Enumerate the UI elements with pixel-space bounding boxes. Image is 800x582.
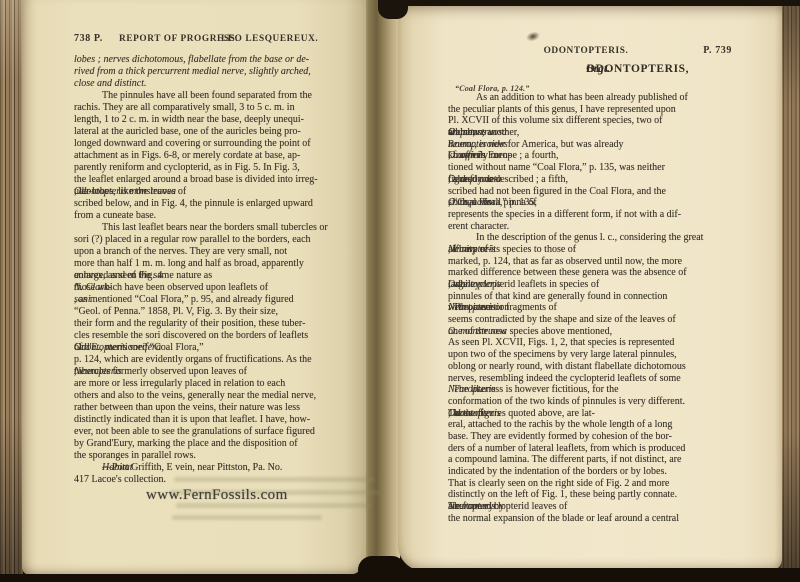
book-left-edge <box>0 0 23 582</box>
bottom-shadow-right <box>366 568 800 582</box>
gutter-top-shadow <box>378 0 408 19</box>
text-line: seems contradicted by the shape and size… <box>448 314 724 326</box>
text-line: ular lobes, like the leaves of Odontopte… <box>74 186 347 198</box>
text-line: by Grand'Eury, marking the place and the… <box>74 438 347 450</box>
text-line: convex, as seen Fig. 4a enlarged and of … <box>74 270 347 282</box>
text-line: the peculiar plants of this genus, I hav… <box>448 104 724 116</box>
text-line: Neuropteris. The likeness is however fic… <box>448 384 724 396</box>
text-line: soni, as mentioned “Coal Flora,” p. 95, … <box>74 294 347 306</box>
text-line: As an addition to what has been already … <box>448 92 724 104</box>
text-line: eral, attached to the rachis by the whol… <box>448 419 724 431</box>
text-line: a compound lamina. The different parts, … <box>448 454 724 466</box>
text-line: ever, not been able to see the granulati… <box>74 426 347 438</box>
book-right-edge <box>779 0 800 582</box>
text-line: That is clearly seen on the right side o… <box>448 478 724 490</box>
text-line: close and distinct. <box>74 78 347 90</box>
text-line: As seen Pl. XCVII, Figs. 1, 2, that spec… <box>448 337 724 349</box>
text-line: upon two of the specimens by very large … <box>448 349 724 361</box>
text-line: upon a branch of the nerves. They are ve… <box>74 246 347 258</box>
text-line: base. They are evidently formed by cohes… <box>448 431 724 443</box>
running-author: LEO LESQUEREUX. <box>221 34 318 44</box>
text-line: The pinnules have all been found separat… <box>74 90 347 102</box>
text-line: the normal expansion of the blade or lea… <box>448 513 724 525</box>
text-line: scribed below, and in Fig. 4, the pinnul… <box>74 198 347 210</box>
text-line: rather between than upon the veins, thei… <box>74 402 347 414</box>
text-line: length, 1 to 2 c. m. in width near the b… <box>74 114 347 126</box>
text-line: oblong or nearly round, with distant fla… <box>448 361 724 373</box>
text-line: represents the species in a different fo… <box>448 209 724 221</box>
text-line: Those of Odontopteris, in the figures qu… <box>448 408 724 420</box>
text-line: the leaflet enlarged around a broad base… <box>74 174 347 186</box>
text-line: pinnules of that kind are generally foun… <box>448 291 724 303</box>
genus-author: Brgt. <box>586 63 610 75</box>
text-line: sori (?) placed in a regular row paralle… <box>74 234 347 246</box>
page-left: 738 P. REPORT OF PROGRESS. LEO LESQUEREU… <box>22 0 366 575</box>
text-line: “Geol. of Penna.” 1858, Pl. V, Fig. 3. B… <box>74 306 347 318</box>
text-line: conformation of the two kinds of pinnule… <box>448 396 724 408</box>
running-head-left: 738 P. REPORT OF PROGRESS. LEO LESQUEREU… <box>74 33 354 46</box>
text-line: ders of a number of lateral leaflets, fr… <box>448 443 724 455</box>
text-line: the sporanges in parallel rows. <box>74 450 347 462</box>
book-scan: 738 P. REPORT OF PROGRESS. LEO LESQUEREU… <box>0 0 800 582</box>
text-line: figured nor described ; a fifth, O. defo… <box>448 174 724 186</box>
ink-smudge <box>525 30 541 43</box>
page-right: ODONTOPTERIS. P. 739 ODONTOPTERIS, Brgt.… <box>398 5 782 571</box>
text-line: rived from a thick percurrent medial ner… <box>74 66 347 78</box>
top-shadow <box>380 0 800 6</box>
text-line: The true cyclopterid leaves of Neuropter… <box>448 501 724 513</box>
text-line: lateral at the auricled base, one of the… <box>74 126 347 138</box>
text-line: In the description of the genus l. c., c… <box>448 232 724 244</box>
text-line: attachment as in Figs. 6-8, or merely co… <box>74 150 347 162</box>
text-line: rachis. They are all comparatively small… <box>74 102 347 114</box>
text-line: neuropteroides Roem., is new for America… <box>448 139 724 151</box>
page-body-left: lobes ; nerves dichotomous, flabellate f… <box>74 54 347 486</box>
text-line: Habitat—Port Griffith, E vein, near Pitt… <box>74 462 347 474</box>
text-line: known in Europe ; a fourth, O. affinis, … <box>448 150 724 162</box>
running-head-right: ODONTOPTERIS. P. 739 <box>448 45 724 58</box>
text-line: indicated by the indentation of the bord… <box>448 466 724 478</box>
text-line: p. 124, which are evidently organs of fr… <box>74 354 347 366</box>
text-line: marked difference between these genera w… <box>448 267 724 279</box>
text-line: distinctly on the left of Fig. 1, these … <box>448 489 724 501</box>
page-number-left: 738 P. <box>74 33 103 44</box>
text-line: one of the new species above mentioned, … <box>448 326 724 338</box>
text-line: scribed had not been figured in the Coal… <box>448 186 724 198</box>
text-line: which, O. monstruosa and O. patens are n… <box>448 127 724 139</box>
text-line: This last leaflet bears near the borders… <box>74 222 347 234</box>
text-line: their form and the regularity of their p… <box>74 318 347 330</box>
text-line: more than half 1 m. m. long and half as … <box>74 258 347 270</box>
text-line: Pl. XCVII of this volume six different s… <box>448 115 724 127</box>
text-line: affinity of its species to those of Neur… <box>448 244 724 256</box>
text-line: of Odontopteris sorifera Grd'E., mention… <box>74 342 347 354</box>
text-line: lobes ; nerves dichotomous, flabellate f… <box>74 54 347 66</box>
bottom-shadow-left <box>0 574 366 582</box>
watermark: www.FernFossils.com <box>146 487 306 504</box>
text-line: those which have been observed upon leaf… <box>74 282 347 294</box>
text-line: sixth, a small pinna of O. æqualis, “Coa… <box>448 197 724 209</box>
text-line: longed downward and covering or surround… <box>74 138 347 150</box>
text-line: from a cuneate base. <box>74 210 347 222</box>
text-line: are more or less irregularly placed in r… <box>74 378 347 390</box>
text-line: with pinnæ or fragments of Neuropteris. … <box>448 302 724 314</box>
text-line: tubercles formerly observed upon leaves … <box>74 366 347 378</box>
text-line: others and also to the veins, generally … <box>74 390 347 402</box>
text-line: large cyclopterid leaflets in species of… <box>448 279 724 291</box>
text-line: nerves, resembling indeed the cyclopteri… <box>448 373 724 385</box>
text-line: distinctly indicated than it is upon tha… <box>74 414 347 426</box>
running-title: ODONTOPTERIS. <box>448 46 724 56</box>
text-line: erent character. <box>448 221 724 233</box>
text-line: parently reniform and cyclopterid, as in… <box>74 162 347 174</box>
page-body-right: As an addition to what has been already … <box>448 92 724 524</box>
page-number-right: P. 739 <box>703 45 732 56</box>
text-line: cles resemble the sori discovered on the… <box>74 330 347 342</box>
text-line: marked, p. 124, that as far as observed … <box>448 256 724 268</box>
text-line: tioned without name “Coal Flora,” p. 135… <box>448 162 724 174</box>
